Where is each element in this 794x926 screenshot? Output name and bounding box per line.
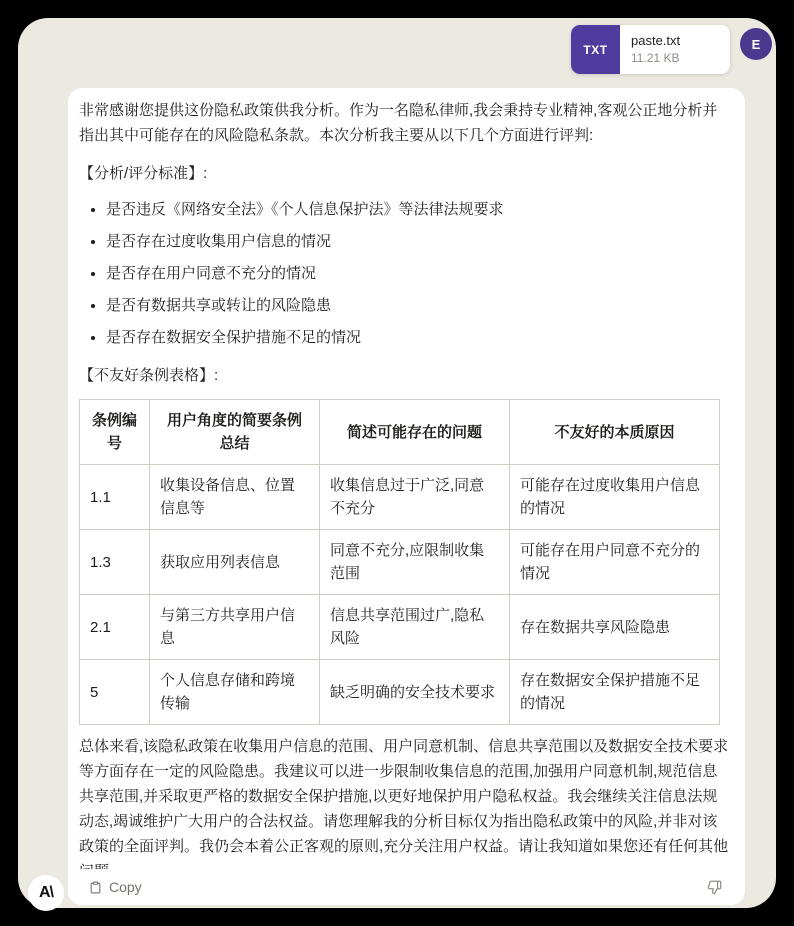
attachment-filesize: 11.21 KB	[631, 51, 680, 65]
file-type-badge: TXT	[571, 25, 620, 74]
table-cell: 可能存在过度收集用户信息的情况	[510, 465, 720, 530]
table-cell: 存在数据安全保护措施不足的情况	[510, 660, 720, 725]
criteria-heading: 【分析/评分标准】:	[79, 161, 732, 186]
table-heading: 【不友好条例表格】:	[79, 363, 732, 388]
summary-paragraph: 总体来看,该隐私政策在收集用户信息的范围、用户同意机制、信息共享范围以及数据安全…	[79, 734, 732, 884]
table-header-cell: 用户角度的简要条例总结	[150, 400, 320, 465]
attachment-meta: paste.txt 11.21 KB	[620, 25, 692, 74]
attachment-filename: paste.txt	[631, 33, 680, 48]
criteria-list: 是否违反《网络安全法》《个人信息保护法》等法律法规要求 是否存在过度收集用户信息…	[79, 198, 732, 350]
table-cell: 获取应用列表信息	[150, 530, 320, 595]
table-row: 5 个人信息存储和跨境传输 缺乏明确的安全技术要求 存在数据安全保护措施不足的情…	[80, 660, 720, 725]
table-cell: 1.3	[80, 530, 150, 595]
list-item: 是否存在用户同意不充分的情况	[106, 262, 732, 286]
table-cell: 与第三方共享用户信息	[150, 595, 320, 660]
table-cell: 存在数据共享风险隐患	[510, 595, 720, 660]
app-window: TXT paste.txt 11.21 KB E 非常感谢您提供这份隐私政策供我…	[18, 18, 776, 908]
list-item: 是否存在过度收集用户信息的情况	[106, 230, 732, 254]
copy-button-label: Copy	[109, 879, 142, 895]
list-item: 是否违反《网络安全法》《个人信息保护法》等法律法规要求	[106, 198, 732, 222]
table-row: 1.3 获取应用列表信息 同意不充分,应限制收集范围 可能存在用户同意不充分的情…	[80, 530, 720, 595]
table-cell: 个人信息存储和跨境传输	[150, 660, 320, 725]
clipboard-icon	[89, 880, 102, 895]
copy-button[interactable]: Copy	[79, 879, 142, 895]
table-row: 1.1 收集设备信息、位置信息等 收集信息过于广泛,同意不充分 可能存在过度收集…	[80, 465, 720, 530]
table-header-cell: 不友好的本质原因	[510, 400, 720, 465]
anthropic-logo: A\	[28, 875, 64, 911]
table-cell: 缺乏明确的安全技术要求	[320, 660, 510, 725]
table-header-row: 条例编号 用户角度的简要条例总结 简述可能存在的问题 不友好的本质原因	[80, 400, 720, 465]
anthropic-logo-glyph: A\	[39, 884, 53, 902]
table-header-cell: 条例编号	[80, 400, 150, 465]
message-action-bar: Copy	[79, 869, 732, 905]
table-cell: 收集设备信息、位置信息等	[150, 465, 320, 530]
table-cell: 1.1	[80, 465, 150, 530]
avatar-initial: E	[752, 37, 761, 52]
table-cell: 同意不充分,应限制收集范围	[320, 530, 510, 595]
table-row: 2.1 与第三方共享用户信息 信息共享范围过广,隐私风险 存在数据共享风险隐患	[80, 595, 720, 660]
list-item: 是否存在数据安全保护措施不足的情况	[106, 326, 732, 350]
table-cell: 收集信息过于广泛,同意不充分	[320, 465, 510, 530]
table-header-cell: 简述可能存在的问题	[320, 400, 510, 465]
user-avatar[interactable]: E	[740, 28, 772, 60]
table-cell: 信息共享范围过广,隐私风险	[320, 595, 510, 660]
list-item: 是否有数据共享或转让的风险隐患	[106, 294, 732, 318]
thumbs-down-button[interactable]	[707, 880, 732, 895]
table-cell: 可能存在用户同意不充分的情况	[510, 530, 720, 595]
risk-table: 条例编号 用户角度的简要条例总结 简述可能存在的问题 不友好的本质原因 1.1 …	[79, 399, 720, 725]
thumbs-down-icon	[707, 880, 722, 895]
table-cell: 5	[80, 660, 150, 725]
intro-paragraph: 非常感谢您提供这份隐私政策供我分析。作为一名隐私律师,我会秉持专业精神,客观公正…	[79, 98, 732, 148]
table-cell: 2.1	[80, 595, 150, 660]
assistant-message-card: 非常感谢您提供这份隐私政策供我分析。作为一名隐私律师,我会秉持专业精神,客观公正…	[68, 88, 745, 905]
attachment-chip[interactable]: TXT paste.txt 11.21 KB	[571, 25, 730, 74]
